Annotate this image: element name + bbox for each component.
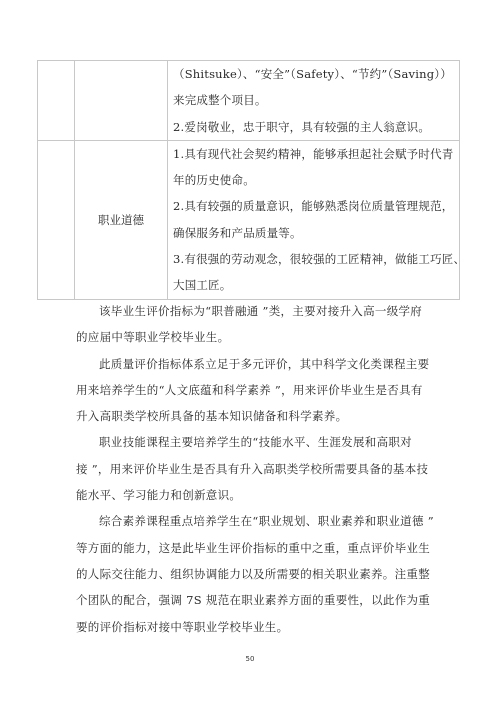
table-row: （Shitsuke）、“安全”（Safety）、“节约”（Saving）） 来完… (38, 61, 460, 141)
item-cell: 职业道德 (75, 140, 168, 299)
table-row: 职业道德 1.具有现代社会契约精神，能够承担起社会赋予时代青 年的历史使命。 2… (38, 140, 460, 299)
paragraph-line: 职业技能课程主要培养学生的“技能水平、生涯发展和高职对 (76, 429, 428, 455)
page-number: 50 (0, 655, 500, 663)
paragraph: 职业技能课程主要培养学生的“技能水平、生涯发展和高职对 接 ”，用来评价毕业生是… (76, 429, 428, 508)
content-line: 确保服务和产品质量等。 (173, 220, 455, 246)
category-cell (38, 61, 75, 141)
paragraph-line: 要的评价指标对接中等职业学校毕业生。 (76, 614, 428, 640)
paragraph-line: 接 ”，用来评价毕业生是否具有升入高职类学校所需要具备的基本技 (76, 456, 428, 482)
content-line: 大国工匠。 (173, 272, 455, 298)
paragraph-line: 此质量评价指标体系立足于多元评价，其中科学文化类课程主要 (76, 351, 428, 377)
evaluation-table: （Shitsuke）、“安全”（Safety）、“节约”（Saving）） 来完… (37, 60, 460, 300)
paragraph: 综合素养课程重点培养学生在“职业规划、职业素养和职业道德 ” 等方面的能力，这是… (76, 508, 428, 639)
content-line: 1.具有现代社会契约精神，能够承担起社会赋予时代青 (173, 141, 455, 167)
item-cell (75, 61, 168, 141)
paragraph-line: 能水平、学习能力和创新意识。 (76, 482, 428, 508)
content-line: 年的历史使命。 (173, 167, 455, 193)
paragraph-line: 的人际交往能力、组织协调能力以及所需要的相关职业素养。注重整 (76, 561, 428, 587)
paragraph-line: 升入高职类学校所具备的基本知识储备和科学素养。 (76, 403, 428, 429)
paragraph-line: 的应届中等职业学校毕业生。 (76, 324, 428, 350)
content-cell: （Shitsuke）、“安全”（Safety）、“节约”（Saving）） 来完… (168, 61, 460, 141)
paragraph: 该毕业生评价指标为“职普融通 ”类，主要对接升入高一级学府 的应届中等职业学校毕… (76, 298, 428, 351)
content-line: （Shitsuke）、“安全”（Safety）、“节约”（Saving）） (173, 61, 455, 87)
paragraph-line: 用来培养学生的“人文底蕴和科学素养 ”，用来评价毕业生是否具有 (76, 377, 428, 403)
paragraph-line: 等方面的能力，这是此毕业生评价指标的重中之重，重点评价毕业生 (76, 535, 428, 561)
content-line: 2.具有较强的质量意识，能够熟悉岗位质量管理规范， (173, 193, 455, 219)
body-text: 该毕业生评价指标为“职普融通 ”类，主要对接升入高一级学府 的应届中等职业学校毕… (76, 298, 428, 640)
content-line: 来完成整个项目。 (173, 87, 455, 113)
paragraph-line: 个团队的配合，强调 7S 规范在职业素养方面的重要性，以此作为重 (76, 587, 428, 613)
content-line: 2.爱岗敬业，忠于职守，具有较强的主人翁意识。 (173, 114, 455, 140)
content-line: 3.有很强的劳动观念，很较强的工匠精神，做能工巧匠、 (173, 246, 455, 272)
category-cell (38, 140, 75, 299)
paragraph-line: 综合素养课程重点培养学生在“职业规划、职业素养和职业道德 ” (76, 508, 428, 534)
content-cell: 1.具有现代社会契约精神，能够承担起社会赋予时代青 年的历史使命。 2.具有较强… (168, 140, 460, 299)
paragraph: 此质量评价指标体系立足于多元评价，其中科学文化类课程主要 用来培养学生的“人文底… (76, 351, 428, 430)
paragraph-line: 该毕业生评价指标为“职普融通 ”类，主要对接升入高一级学府 (76, 298, 428, 324)
